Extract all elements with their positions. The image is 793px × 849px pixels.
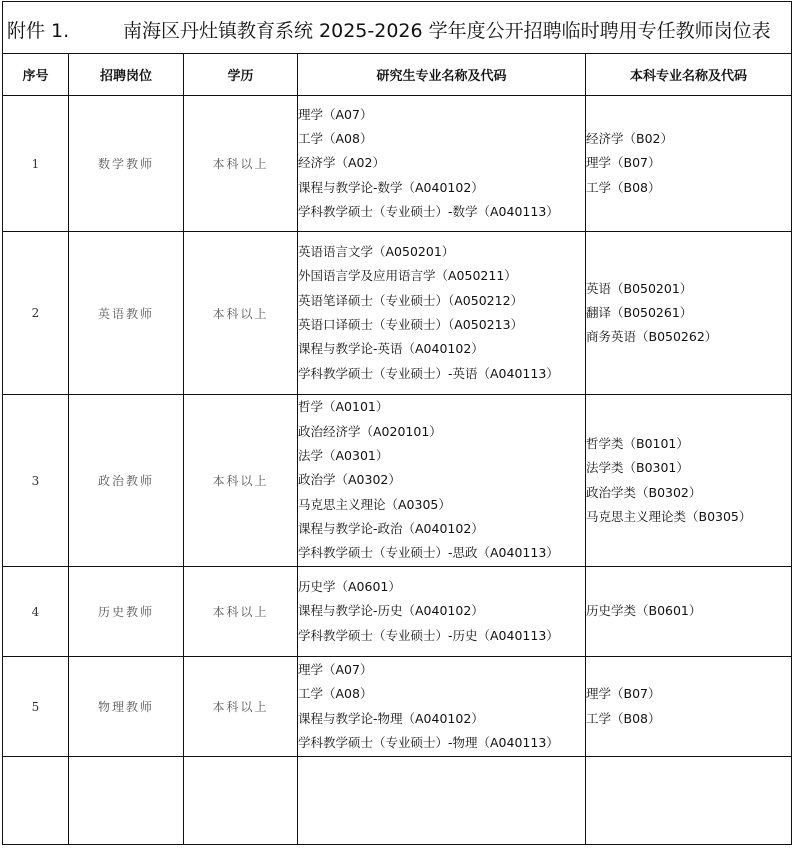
row-education: 本科以上 (184, 395, 298, 567)
graduate-majors-cell: 历史学（A0601） 课程与教学论-历史（A040102） 学科教学硕士（专业硕… (298, 567, 586, 657)
header-row: 序号 招聘岗位 学历 研究生专业名称及代码 本科专业名称及代码 (3, 54, 792, 96)
graduate-major-item: 学科教学硕士（专业硕士）-英语（A040113） (298, 362, 585, 386)
graduate-major-item: 法学（A0301） (298, 444, 585, 468)
graduate-major-item: 理学（A07） (298, 103, 585, 127)
document-title: 南海区丹灶镇教育系统 2025-2026 学年度公开招聘临时聘用专任教师岗位表 (123, 16, 771, 43)
row-index: 2 (3, 232, 69, 395)
table-row: 5 物理教师 本科以上 理学（A07） 工学（A08） 课程与教学论-物理（A0… (3, 657, 792, 757)
graduate-major-item: 理学（A07） (298, 658, 585, 682)
row-position: 政治教师 (69, 395, 184, 567)
undergraduate-majors-cell: 哲学类（B0101） 法学类（B0301） 政治学类（B0302） 马克思主义理… (586, 395, 792, 567)
undergraduate-major-item: 马克思主义理论类（B0305） (586, 505, 791, 529)
graduate-majors-cell (298, 757, 586, 845)
header-index: 序号 (3, 54, 69, 96)
undergraduate-major-item: 理学（B07） (586, 151, 791, 175)
row-index: 3 (3, 395, 69, 567)
graduate-major-item: 课程与教学论-政治（A040102） (298, 517, 585, 541)
row-position: 数学教师 (69, 96, 184, 232)
undergraduate-major-item: 经济学（B02） (586, 127, 791, 151)
undergraduate-major-item: 翻译（B050261） (586, 301, 791, 325)
undergraduate-major-item: 商务英语（B050262） (586, 325, 791, 349)
graduate-major-item: 学科教学硕士（专业硕士）-数学（A040113） (298, 200, 585, 224)
attachment-label: 附件 1. (7, 16, 69, 43)
graduate-major-item: 课程与教学论-历史（A040102） (298, 599, 585, 623)
graduate-major-item: 学科教学硕士（专业硕士）-历史（A040113） (298, 624, 585, 648)
graduate-major-item: 英语口译硕士（专业硕士）（A050213） (298, 313, 585, 337)
header-undergraduate-majors: 本科专业名称及代码 (586, 54, 792, 96)
undergraduate-major-item: 历史学类（B0601） (586, 599, 791, 623)
undergraduate-major-item: 哲学类（B0101） (586, 432, 791, 456)
graduate-majors-cell: 理学（A07） 工学（A08） 经济学（A02） 课程与教学论-数学（A0401… (298, 96, 586, 232)
graduate-major-item: 英语语言文学（A050201） (298, 240, 585, 264)
table-row: 1 数学教师 本科以上 理学（A07） 工学（A08） 经济学（A02） 课程与… (3, 96, 792, 232)
graduate-major-item: 学科教学硕士（专业硕士）-物理（A040113） (298, 731, 585, 755)
graduate-major-item: 政治学（A0302） (298, 468, 585, 492)
row-position: 历史教师 (69, 567, 184, 657)
undergraduate-major-item: 理学（B07） (586, 682, 791, 706)
row-position: 物理教师 (69, 657, 184, 757)
header-position: 招聘岗位 (69, 54, 184, 96)
graduate-major-item: 哲学（A0101） (298, 395, 585, 419)
row-education: 本科以上 (184, 567, 298, 657)
row-index: 5 (3, 657, 69, 757)
graduate-major-item: 英语笔译硕士（专业硕士）（A050212） (298, 289, 585, 313)
header-education: 学历 (184, 54, 298, 96)
row-index (3, 757, 69, 845)
graduate-majors-cell: 英语语言文学（A050201） 外国语言学及应用语言学（A050211） 英语笔… (298, 232, 586, 395)
graduate-major-item: 工学（A08） (298, 682, 585, 706)
graduate-major-item: 政治经济学（A020101） (298, 420, 585, 444)
graduate-major-item: 经济学（A02） (298, 151, 585, 175)
positions-table: 附件 1. 南海区丹灶镇教育系统 2025-2026 学年度公开招聘临时聘用专任… (2, 1, 792, 845)
undergraduate-major-item: 政治学类（B0302） (586, 481, 791, 505)
undergraduate-majors-cell (586, 757, 792, 845)
title-row: 附件 1. 南海区丹灶镇教育系统 2025-2026 学年度公开招聘临时聘用专任… (3, 2, 792, 54)
graduate-majors-cell: 理学（A07） 工学（A08） 课程与教学论-物理（A040102） 学科教学硕… (298, 657, 586, 757)
title-cell: 附件 1. 南海区丹灶镇教育系统 2025-2026 学年度公开招聘临时聘用专任… (3, 2, 792, 54)
undergraduate-majors-cell: 历史学类（B0601） (586, 567, 792, 657)
undergraduate-majors-cell: 理学（B07） 工学（B08） (586, 657, 792, 757)
recruitment-table-sheet: 附件 1. 南海区丹灶镇教育系统 2025-2026 学年度公开招聘临时聘用专任… (0, 0, 793, 849)
table-row: 3 政治教师 本科以上 哲学（A0101） 政治经济学（A020101） 法学（… (3, 395, 792, 567)
undergraduate-major-item: 工学（B08） (586, 707, 791, 731)
graduate-major-item: 马克思主义理论（A0305） (298, 493, 585, 517)
row-education: 本科以上 (184, 657, 298, 757)
undergraduate-major-item: 英语（B050201） (586, 277, 791, 301)
table-row: 4 历史教师 本科以上 历史学（A0601） 课程与教学论-历史（A040102… (3, 567, 792, 657)
graduate-major-item: 历史学（A0601） (298, 575, 585, 599)
row-education (184, 757, 298, 845)
empty-table-row (3, 757, 792, 845)
table-row: 2 英语教师 本科以上 英语语言文学（A050201） 外国语言学及应用语言学（… (3, 232, 792, 395)
graduate-major-item: 学科教学硕士（专业硕士）-思政（A040113） (298, 541, 585, 565)
graduate-major-item: 课程与教学论-物理（A040102） (298, 707, 585, 731)
graduate-major-item: 外国语言学及应用语言学（A050211） (298, 264, 585, 288)
undergraduate-major-item: 法学类（B0301） (586, 456, 791, 480)
undergraduate-majors-cell: 经济学（B02） 理学（B07） 工学（B08） (586, 96, 792, 232)
row-education: 本科以上 (184, 232, 298, 395)
row-index: 1 (3, 96, 69, 232)
undergraduate-major-item: 工学（B08） (586, 176, 791, 200)
row-position (69, 757, 184, 845)
row-education: 本科以上 (184, 96, 298, 232)
graduate-major-item: 课程与教学论-英语（A040102） (298, 337, 585, 361)
header-graduate-majors: 研究生专业名称及代码 (298, 54, 586, 96)
row-index: 4 (3, 567, 69, 657)
row-position: 英语教师 (69, 232, 184, 395)
graduate-majors-cell: 哲学（A0101） 政治经济学（A020101） 法学（A0301） 政治学（A… (298, 395, 586, 567)
graduate-major-item: 工学（A08） (298, 127, 585, 151)
undergraduate-majors-cell: 英语（B050201） 翻译（B050261） 商务英语（B050262） (586, 232, 792, 395)
graduate-major-item: 课程与教学论-数学（A040102） (298, 176, 585, 200)
